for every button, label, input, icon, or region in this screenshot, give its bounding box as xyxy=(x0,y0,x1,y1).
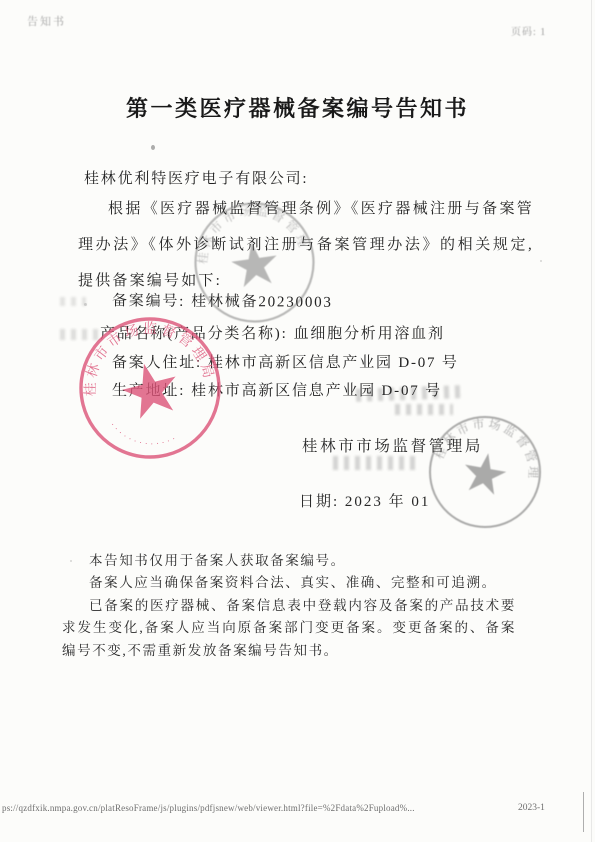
footnotes: 本告知书仅用于备案人获取备案编号。 备案人应当确保备案资料合法、真实、准确、完整… xyxy=(62,550,516,662)
scan-speck xyxy=(540,260,542,262)
footnote-2: 备案人应当确保备案资料合法、真实、准确、完整和可追溯。 xyxy=(62,572,516,594)
field-registrant-address-value: 桂林市高新区信息产业园 D-07 号 xyxy=(208,355,459,371)
field-product-name-label: 产品名称(产品分类名称): xyxy=(100,326,288,342)
field-filing-number-value: 桂林械备20230003 xyxy=(191,294,333,311)
footer-url-text: ps://qzdfxik.nmpa.gov.cn/platResoFrame/j… xyxy=(2,803,415,813)
date-line: 日期: 2023 年 01 xyxy=(299,490,430,511)
scan-edge-line xyxy=(583,792,584,832)
scan-artifact xyxy=(356,385,460,402)
scan-artifact xyxy=(395,404,453,415)
field-production-address-label: 生产地址: xyxy=(112,383,185,399)
field-filing-number: 备案编号:桂林械备20230003 xyxy=(112,289,333,312)
scan-artifact xyxy=(151,145,155,150)
issuer-authority: 桂林市市场监督管理局 xyxy=(302,434,483,456)
field-registrant-address-label: 备案人住址: xyxy=(112,355,202,371)
document-title: 第一类医疗器械备案编号告知书 xyxy=(0,92,595,123)
print-header-left: 告知书 xyxy=(27,13,66,29)
footer-date-text: 2023-1 xyxy=(518,803,545,813)
footnote-3: 已备案的医疗器械、备案信息表中登载内容及备案的产品技术要求发生变化,备案人应当向… xyxy=(62,595,516,662)
field-product-name-value: 血细胞分析用溶血剂 xyxy=(294,326,445,342)
field-product-name: 产品名称(产品分类名称):血细胞分析用溶血剂 xyxy=(100,322,445,343)
scan-artifact xyxy=(60,297,86,306)
scan-artifact xyxy=(60,329,102,340)
field-registrant-address: 备案人住址:桂林市高新区信息产业园 D-07 号 xyxy=(112,351,459,372)
body-paragraph: 根据《医疗器械监督管理条例》《医疗器械注册与备案管理办法》《体外诊断试剂注册与备… xyxy=(78,191,534,299)
scan-edge-line xyxy=(591,0,592,842)
footnote-1: 本告知书仅用于备案人获取备案编号。 xyxy=(62,550,516,572)
field-filing-number-label: 备案编号: xyxy=(112,293,185,310)
photocopy-seal-signature-icon: 桂林市市场监督管理局 xyxy=(426,413,544,531)
addressee-line: 桂林优利特医疗电子有限公司: xyxy=(84,167,308,188)
scan-speck xyxy=(84,303,87,306)
document-layer: 告知书 页码: 1 第一类医疗器械备案编号告知书 桂林优利特医疗电子有限公司: … xyxy=(0,0,595,842)
scanned-document-page: 告知书 页码: 1 第一类医疗器械备案编号告知书 桂林优利特医疗电子有限公司: … xyxy=(0,0,595,842)
scan-speck xyxy=(70,560,72,562)
scan-artifact xyxy=(333,456,421,470)
print-header-right: 页码: 1 xyxy=(511,23,546,38)
svg-text:·············: ············· xyxy=(107,406,181,459)
